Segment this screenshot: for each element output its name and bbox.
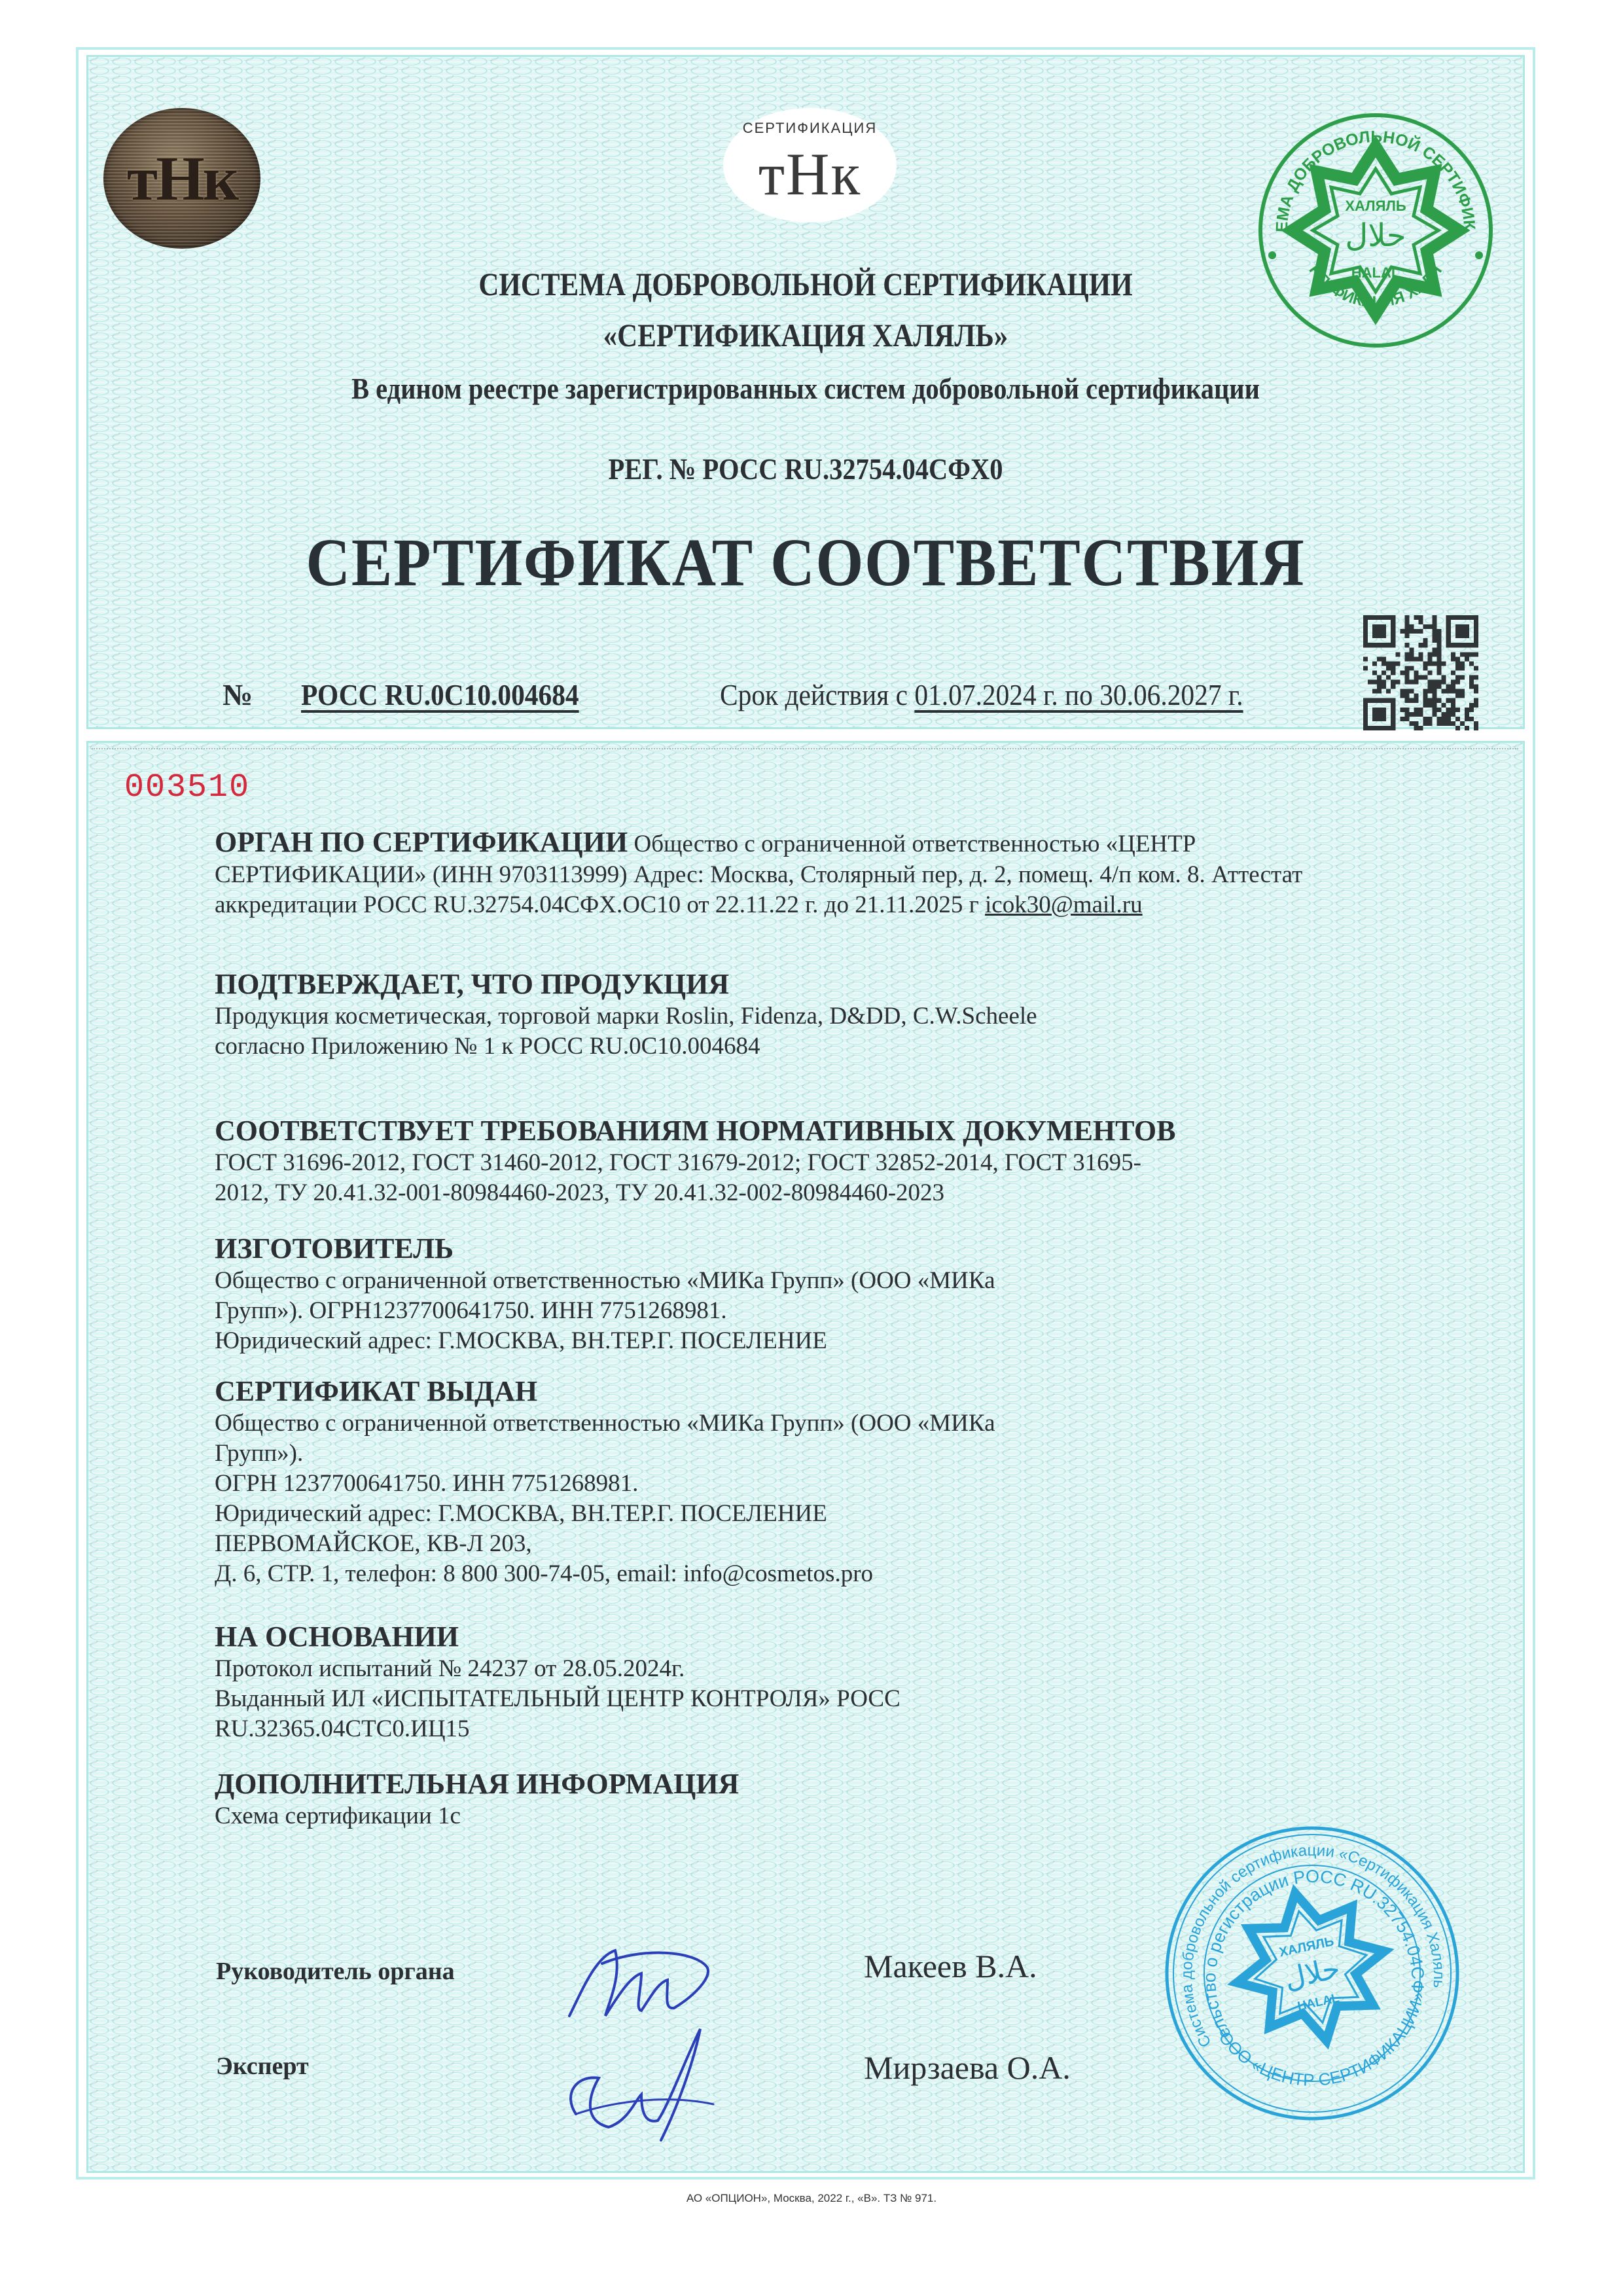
qr-code[interactable] xyxy=(1363,614,1478,732)
certificate-title: СЕРТИФИКАТ СООТВЕТСТВИЯ xyxy=(158,524,1453,601)
expert-name: Мирзаева О.А. xyxy=(864,2049,1071,2087)
section-heading: ОРГАН ПО СЕРТИФИКАЦИИ xyxy=(215,826,628,858)
printer-imprint: АО «ОПЦИОН», Москва, 2022 г., «В». ТЗ № … xyxy=(0,2192,1623,2205)
section-text: Юридический адрес: Г.МОСКВА, ВН.ТЕР.Г. П… xyxy=(215,1499,1458,1529)
head-signature xyxy=(543,1937,746,2029)
section-text: Групп»). ОГРН1237700641750. ИНН 77512689… xyxy=(215,1296,1458,1326)
logo-arc-text: СЕРТИФИКАЦИЯ xyxy=(723,120,897,137)
svg-text:ХАЛЯЛЬ: ХАЛЯЛЬ xyxy=(1345,198,1406,214)
section-text: RU.32365.04СТС0.ИЦ15 xyxy=(215,1714,1458,1744)
tnk-certification-logo: СЕРТИФИКАЦИЯ тНк xyxy=(723,108,897,223)
section-heading: СЕРТИФИКАТ ВЫДАН xyxy=(215,1374,1458,1408)
section-heading: ИЗГОТОВИТЕЛЬ xyxy=(215,1232,1458,1266)
section-text: согласно Приложению № 1 к РОСС RU.0С10.0… xyxy=(215,1031,1458,1062)
section-text: Юридический адрес: Г.МОСКВА, ВН.ТЕР.Г. П… xyxy=(215,1326,1458,1356)
section-basis: НА ОСНОВАНИИ Протокол испытаний № 24237 … xyxy=(215,1620,1458,1744)
system-title-line2: «СЕРТИФИКАЦИЯ ХАЛЯЛЬ» xyxy=(187,316,1424,354)
validity-label: Срок действия с xyxy=(720,678,914,711)
email-link[interactable]: icok30@mail.ru xyxy=(985,891,1143,918)
expert-label: Эксперт xyxy=(216,2052,309,2081)
section-product: ПОДТВЕРЖДАЕТ, ЧТО ПРОДУКЦИЯ Продукция ко… xyxy=(215,967,1458,1062)
section-heading: НА ОСНОВАНИИ xyxy=(215,1620,1458,1654)
section-heading: ДОПОЛНИТЕЛЬНАЯ ИНФОРМАЦИЯ xyxy=(215,1767,1458,1801)
section-text: СЕРТИФИКАЦИИ» (ИНН 9703113999) Адрес: Мо… xyxy=(215,860,1458,890)
section-text: Протокол испытаний № 24237 от 28.05.2024… xyxy=(215,1654,1458,1684)
section-certification-body: ОРГАН ПО СЕРТИФИКАЦИИ Общество с огранич… xyxy=(215,825,1458,920)
system-title-line1: СИСТЕМА ДОБРОВОЛЬНОЙ СЕРТИФИКАЦИИ xyxy=(187,265,1424,303)
section-text: аккредитации РОСС RU.32754.04СФХ.ОС10 от… xyxy=(215,891,985,918)
hologram-mark: тНк xyxy=(127,142,237,215)
validity-period: Срок действия с 01.07.2024 г. по 30.06.2… xyxy=(720,677,1243,712)
expert-signature xyxy=(537,2016,733,2147)
section-text: Д. 6, СТР. 1, телефон: 8 800 300-74-05, … xyxy=(215,1559,1458,1589)
registry-line: В едином реестре зарегистрированных сист… xyxy=(173,371,1438,406)
section-text: ПЕРВОМАЙСКОЕ, КВ-Л 203, xyxy=(215,1529,1458,1559)
section-text: Групп»). xyxy=(215,1439,1458,1469)
certificate-number: РОСС RU.0С10.004684 xyxy=(301,677,579,712)
section-text: ОГРН 1237700641750. ИНН 7751268981. xyxy=(215,1469,1458,1499)
number-sign: № xyxy=(223,677,253,712)
registration-number: РЕГ. № РОСС RU.32754.04СФХ0 xyxy=(173,452,1438,486)
section-text: Общество с ограниченной ответственностью… xyxy=(215,1408,1458,1439)
svg-text:حلال: حلال xyxy=(1345,217,1406,254)
section-standards: СООТВЕТСТВУЕТ ТРЕБОВАНИЯМ НОРМАТИВНЫХ ДО… xyxy=(215,1114,1458,1208)
head-of-body-label: Руководитель органа xyxy=(216,1957,455,1986)
validity-dates: 01.07.2024 г. по 30.06.2027 г. xyxy=(914,678,1243,711)
section-heading: ПОДТВЕРЖДАЕТ, ЧТО ПРОДУКЦИЯ xyxy=(215,967,1458,1001)
section-manufacturer: ИЗГОТОВИТЕЛЬ Общество с ограниченной отв… xyxy=(215,1232,1458,1356)
section-issued-to: СЕРТИФИКАТ ВЫДАН Общество с ограниченной… xyxy=(215,1374,1458,1589)
section-text: ГОСТ 31696-2012, ГОСТ 31460-2012, ГОСТ 3… xyxy=(215,1148,1458,1178)
logo-mark: тНк xyxy=(723,139,897,209)
head-name: Макеев В.А. xyxy=(864,1947,1037,1985)
form-serial-number: 003510 xyxy=(124,769,250,806)
section-text: Общество с ограниченной ответственностью… xyxy=(628,831,1196,857)
section-text: Продукция косметическая, торговой марки … xyxy=(215,1001,1458,1031)
section-text: Общество с ограниченной ответственностью… xyxy=(215,1266,1458,1296)
svg-text:حلال: حلال xyxy=(1281,1952,1343,1996)
section-heading: СООТВЕТСТВУЕТ ТРЕБОВАНИЯМ НОРМАТИВНЫХ ДО… xyxy=(215,1114,1458,1148)
halal-blue-seal-icon: Система добровольной сертификации «Серти… xyxy=(1158,1820,1466,2127)
section-text: 2012, ТУ 20.41.32-001-80984460-2023, ТУ … xyxy=(215,1178,1458,1208)
microtext-line xyxy=(92,748,1518,749)
section-text: Выданный ИЛ «ИСПЫТАТЕЛЬНЫЙ ЦЕНТР КОНТРОЛ… xyxy=(215,1684,1458,1714)
tnk-hologram-icon: тНк xyxy=(103,108,260,249)
